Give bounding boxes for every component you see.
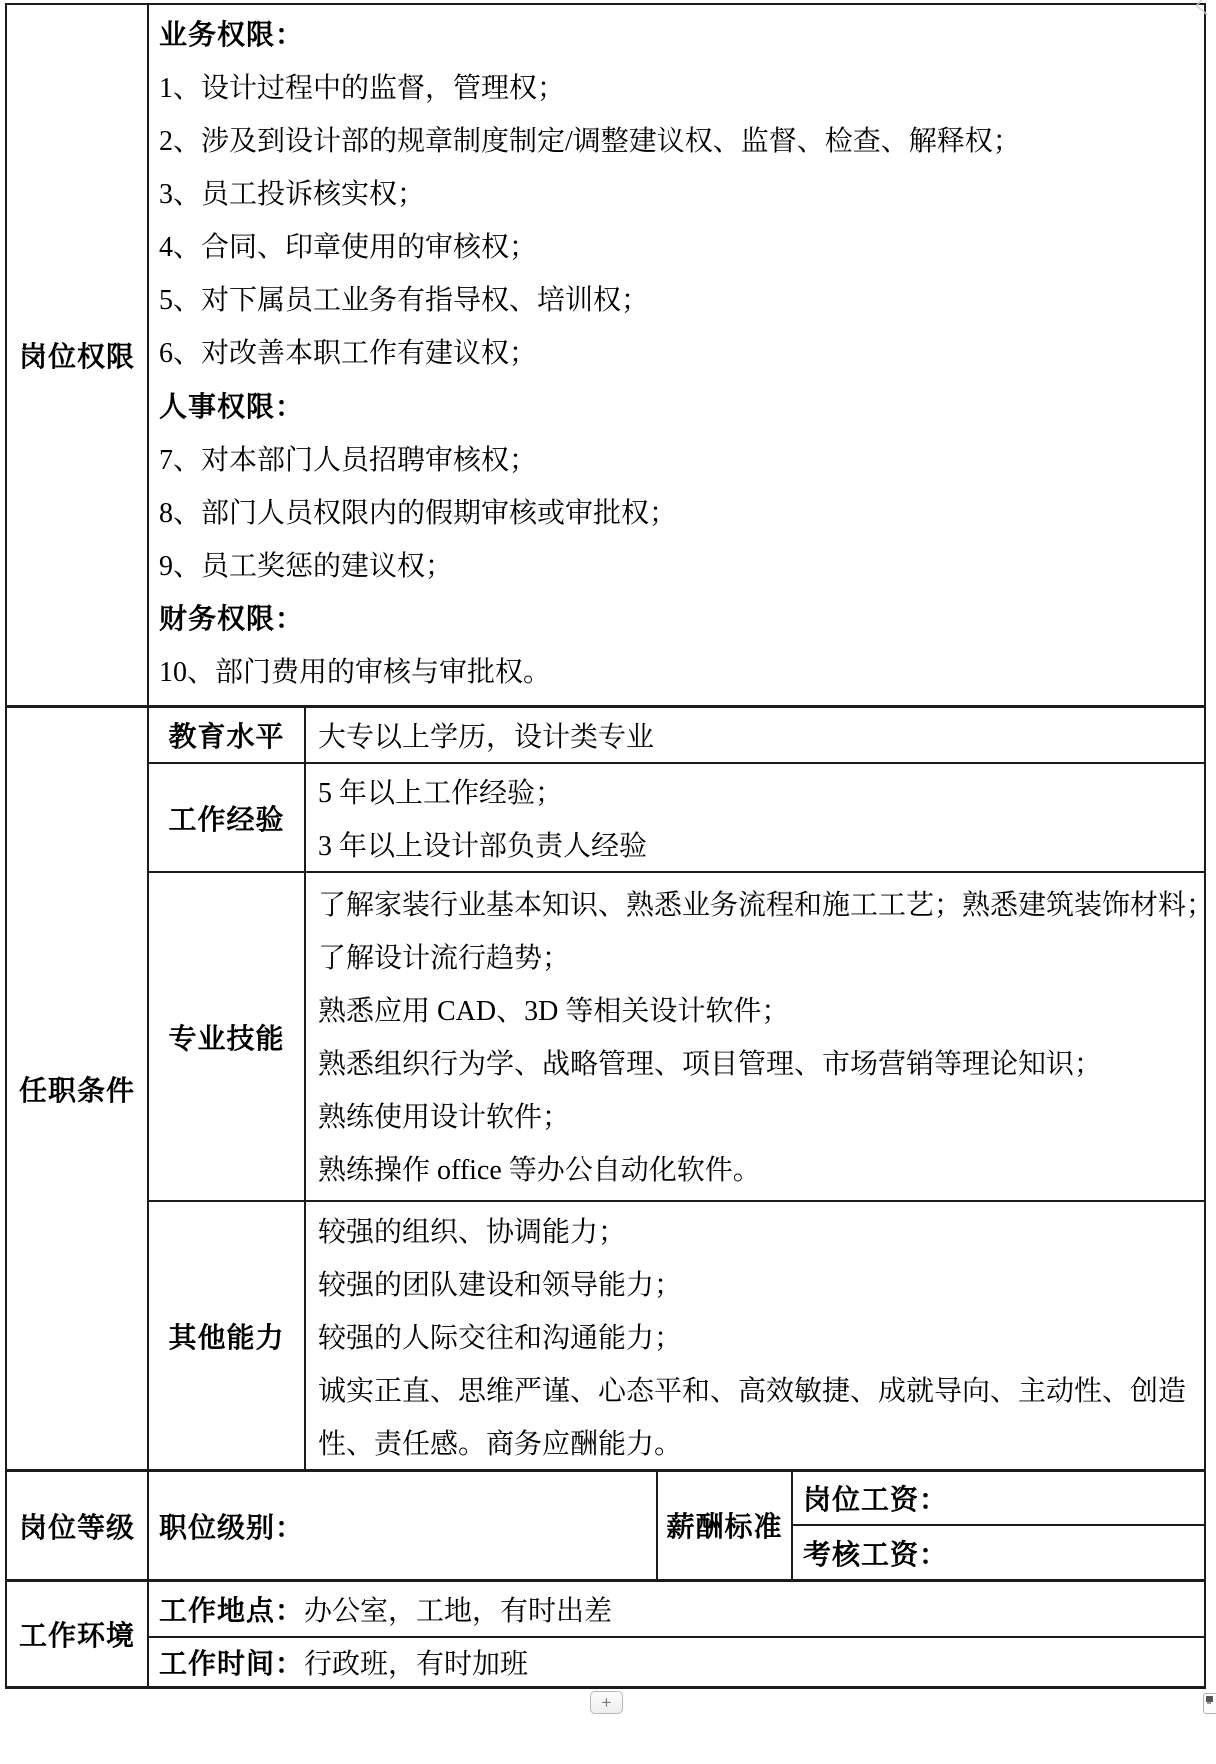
table-border-top (5, 3, 1206, 5)
authority-item: 10、部门费用的审核与审批权。 (159, 644, 1199, 697)
authority-item: 6、对改善本职工作有建议权； (159, 325, 1199, 378)
skills-item: 了解设计流行趋势； (318, 929, 1198, 982)
skills-item: 熟悉应用 CAD、3D 等相关设计软件； (318, 982, 1198, 1035)
skills-content: 了解家装行业基本知识、熟悉业务流程和施工工艺；熟悉建筑装饰材料； 了解设计流行趋… (318, 876, 1198, 1195)
row-header-authority: 岗位权限 (7, 5, 147, 705)
salary-standard-right-divider (791, 1469, 793, 1581)
authority-item: 7、对本部门人员招聘审核权； (159, 431, 1199, 484)
document-page: 岗位权限 业务权限： 1、设计过程中的监督，管理权； 2、涉及到设计部的规章制度… (0, 0, 1216, 1764)
work-time-label: 工作时间： (159, 1642, 304, 1682)
education-content: 大专以上学历，设计类专业 (318, 707, 654, 762)
skills-item: 了解家装行业基本知识、熟悉业务流程和施工工艺；熟悉建筑装饰材料； (318, 876, 1198, 929)
authority-section-business: 业务权限： (159, 6, 1199, 59)
work-location-line: 工作地点：办公室，工地，有时出差 (159, 1581, 612, 1636)
sublabel-education: 教育水平 (149, 707, 304, 762)
authority-item: 5、对下属员工业务有指导权、培训权； (159, 272, 1199, 325)
salary-standard-label: 薪酬标准 (658, 1471, 791, 1579)
authority-section-finance: 财务权限： (159, 591, 1199, 644)
add-page-button[interactable]: + (590, 1691, 623, 1714)
sublabel-column-divider (304, 705, 306, 1471)
widget-glyph-icon (1206, 1696, 1213, 1702)
work-location-value: 办公室，工地，有时出差 (304, 1589, 612, 1629)
other-ability-item: 诚实正直、思维严谨、心态平和、高效敏捷、成就导向、主动性、创造 (318, 1362, 1198, 1415)
experience-item: 5 年以上工作经验； (318, 764, 1198, 817)
page-edge-widget-icon[interactable] (1203, 1693, 1216, 1714)
experience-item: 3 年以上设计部负责人经验 (318, 817, 1198, 870)
authority-item: 8、部门人员权限内的假期审核或审批权； (159, 484, 1199, 537)
sublabel-skills: 专业技能 (149, 873, 304, 1200)
other-ability-item: 较强的组织、协调能力； (318, 1203, 1198, 1256)
other-ability-item: 较强的人际交往和沟通能力； (318, 1309, 1198, 1362)
work-location-label: 工作地点： (159, 1589, 304, 1629)
authority-item: 9、员工奖惩的建议权； (159, 537, 1199, 590)
authority-content: 业务权限： 1、设计过程中的监督，管理权； 2、涉及到设计部的规章制度制定/调整… (159, 6, 1199, 697)
other-ability-item: 较强的团队建设和领导能力； (318, 1256, 1198, 1309)
assessment-salary-label: 考核工资： (803, 1526, 948, 1579)
other-ability-content: 较强的组织、协调能力； 较强的团队建设和领导能力； 较强的人际交往和沟通能力； … (318, 1203, 1198, 1469)
experience-content: 5 年以上工作经验； 3 年以上设计部负责人经验 (318, 764, 1198, 870)
row-header-environment: 工作环境 (7, 1582, 147, 1686)
work-time-line: 工作时间：行政班，有时加班 (159, 1638, 528, 1686)
authority-item: 1、设计过程中的监督，管理权； (159, 59, 1199, 112)
row-header-qualification: 任职条件 (7, 708, 147, 1469)
sublabel-other-ability: 其他能力 (149, 1202, 304, 1469)
sublabel-experience: 工作经验 (149, 764, 304, 871)
work-time-value: 行政班，有时加班 (304, 1642, 528, 1682)
row-header-grade: 岗位等级 (7, 1472, 147, 1579)
position-level-label: 职位级别： (159, 1472, 304, 1579)
skills-item: 熟练使用设计软件； (318, 1089, 1198, 1142)
authority-item: 3、员工投诉核实权； (159, 165, 1199, 218)
skills-item: 熟悉组织行为学、战略管理、项目管理、市场营销等理论知识； (318, 1035, 1198, 1088)
table-border-right (1204, 3, 1206, 1689)
table-border-bottom (5, 1686, 1206, 1689)
skills-item: 熟练操作 office 等办公自动化软件。 (318, 1142, 1198, 1195)
other-ability-item: 性、责任感。商务应酬能力。 (318, 1416, 1198, 1469)
authority-item: 2、涉及到设计部的规章制度制定/调整建议权、监督、检查、解释权； (159, 112, 1199, 165)
authority-section-hr: 人事权限： (159, 378, 1199, 431)
authority-item: 4、合同、印章使用的审核权； (159, 219, 1199, 272)
post-salary-label: 岗位工资： (803, 1472, 948, 1524)
